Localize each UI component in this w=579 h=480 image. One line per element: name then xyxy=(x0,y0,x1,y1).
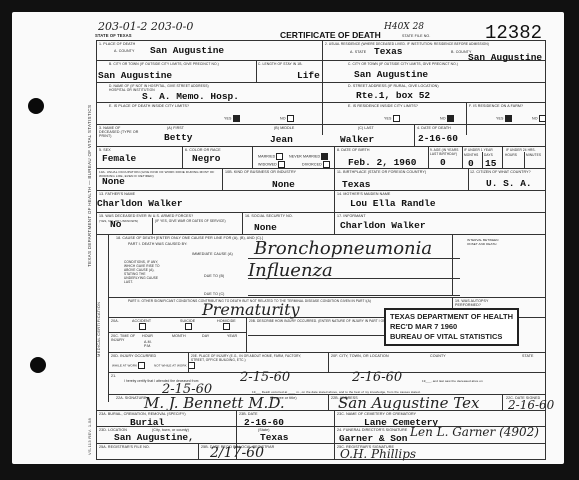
sex: Female xyxy=(102,153,136,164)
marital-widowed[interactable]: Widowed xyxy=(258,161,285,168)
length-of-stay: Life xyxy=(297,70,320,81)
marital-divorced[interactable]: Divorced xyxy=(302,161,330,168)
burial-location: San Augustine, xyxy=(114,432,194,443)
header-annotation-right: H40X 28 xyxy=(384,22,424,32)
residence-farm-no[interactable]: NO xyxy=(532,115,546,122)
burial-state: Texas xyxy=(260,432,289,443)
residence-county: San Augustine xyxy=(468,52,542,63)
funeral-director-signature: Len L. Garner (4902) xyxy=(410,425,539,439)
attended-to-date: 2-16-60 xyxy=(352,370,402,385)
form-code: VS-113 REV. 1-58 xyxy=(87,418,92,455)
residence-state: Texas xyxy=(374,46,403,57)
registrar-signature: O.H. Phillips xyxy=(340,447,416,461)
armed-forces: No xyxy=(110,219,121,230)
side-department-text: TEXAS DEPARTMENT OF HEALTH — BUREAU OF V… xyxy=(87,105,92,267)
date-received-local-registrar: 2/17-60 xyxy=(210,445,264,461)
age-years: 0 xyxy=(440,157,446,168)
death-certificate: TEXAS DEPARTMENT OF HEALTH — BUREAU OF V… xyxy=(12,12,564,464)
residence-inside-yes[interactable]: YES xyxy=(384,115,400,122)
residence-farm-yes[interactable]: YES xyxy=(496,115,512,122)
residence-street: Rte.1, box 52 xyxy=(356,90,430,101)
punch-hole-top xyxy=(28,98,44,114)
usual-occupation: None xyxy=(102,176,125,187)
injury-homicide[interactable]: HOMICIDE xyxy=(217,319,236,330)
date-of-death: 2-16-60 xyxy=(418,133,458,144)
attended-from-date: 2-15-60 xyxy=(240,370,290,385)
deceased-middle-name: Jean xyxy=(270,134,293,145)
social-security-no: None xyxy=(254,222,277,233)
deceased-first-name: Betty xyxy=(164,132,193,143)
injury-while-at-work[interactable]: WHILE AT WORK xyxy=(112,362,145,369)
residence-city: San Augustine xyxy=(354,69,428,80)
state-label: STATE OF TEXAS xyxy=(95,34,132,38)
date-of-birth: Feb. 2, 1960 xyxy=(348,157,416,168)
birthplace: Texas xyxy=(342,179,371,190)
place-death-city: San Augustine xyxy=(98,70,172,81)
state-file-label: STATE FILE NO. xyxy=(402,34,430,38)
kind-of-business: None xyxy=(272,179,295,190)
certificate-title: CERTIFICATE OF DEATH xyxy=(280,30,381,40)
father-name: Charldon Walker xyxy=(97,198,183,209)
deceased-last-name: Walker xyxy=(340,134,374,145)
marital-married[interactable]: Married xyxy=(258,153,283,160)
place-death-county: San Augustine xyxy=(150,45,224,56)
header-annotation-left: 203-01-2 203-0-0 xyxy=(98,20,193,33)
mother-maiden-name: Lou Ella Randle xyxy=(350,198,436,209)
marital-never-married[interactable]: Never Married xyxy=(289,153,328,160)
death-inside-limits-yes[interactable]: YES xyxy=(224,115,240,122)
death-inside-limits-no[interactable]: NO xyxy=(280,115,294,122)
race: Negro xyxy=(192,153,221,164)
residence-inside-no[interactable]: NO xyxy=(440,115,454,122)
injury-accident[interactable]: ACCIDENT xyxy=(132,319,151,330)
injury-suicide[interactable]: SUICIDE xyxy=(180,319,195,330)
immediate-cause: Bronchopneumonia xyxy=(254,238,432,259)
informant: Charldon Walker xyxy=(340,220,426,231)
received-stamp: TEXAS DEPARTMENT OF HEALTH REC'D MAR 7 1… xyxy=(384,308,519,346)
punch-hole-bottom xyxy=(30,357,46,373)
hospital-name: S. A. Memo. Hosp. xyxy=(142,91,239,102)
citizenship: U. S. A. xyxy=(486,178,532,189)
